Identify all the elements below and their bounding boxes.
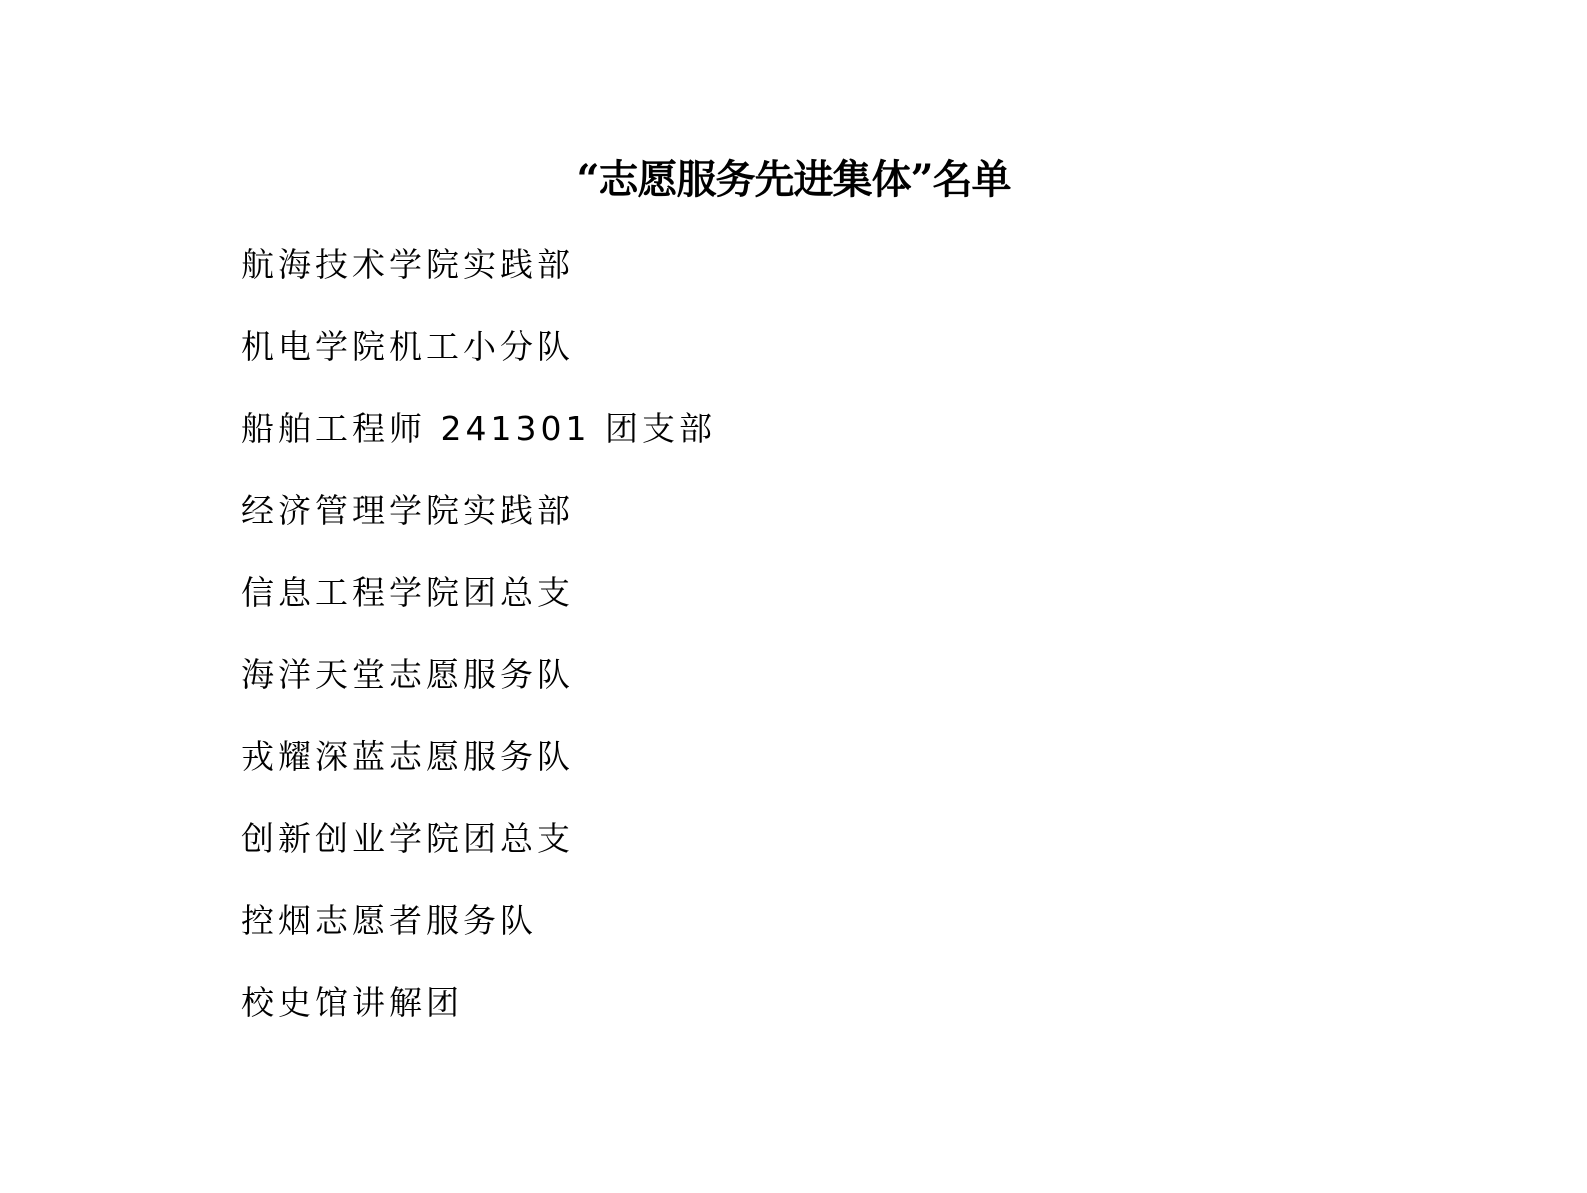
document-page: “志愿服务先进集体”名单 航海技术学院实践部 机电学院机工小分队 船舶工程师 2… — [0, 0, 1587, 1193]
list-item: 控烟志愿者服务队 — [241, 894, 716, 976]
list-item: 戎耀深蓝志愿服务队 — [241, 730, 716, 812]
list-item: 航海技术学院实践部 — [241, 238, 716, 320]
list-item: 信息工程学院团总支 — [241, 566, 716, 648]
list-item: 海洋天堂志愿服务队 — [241, 648, 716, 730]
collective-name-list: 航海技术学院实践部 机电学院机工小分队 船舶工程师 241301 团支部 经济管… — [241, 238, 716, 1058]
list-item: 机电学院机工小分队 — [241, 320, 716, 402]
list-item: 创新创业学院团总支 — [241, 812, 716, 894]
list-item: 船舶工程师 241301 团支部 — [241, 402, 716, 484]
list-item: 经济管理学院实践部 — [241, 484, 716, 566]
list-item: 校史馆讲解团 — [241, 976, 716, 1058]
page-title: “志愿服务先进集体”名单 — [0, 152, 1587, 208]
